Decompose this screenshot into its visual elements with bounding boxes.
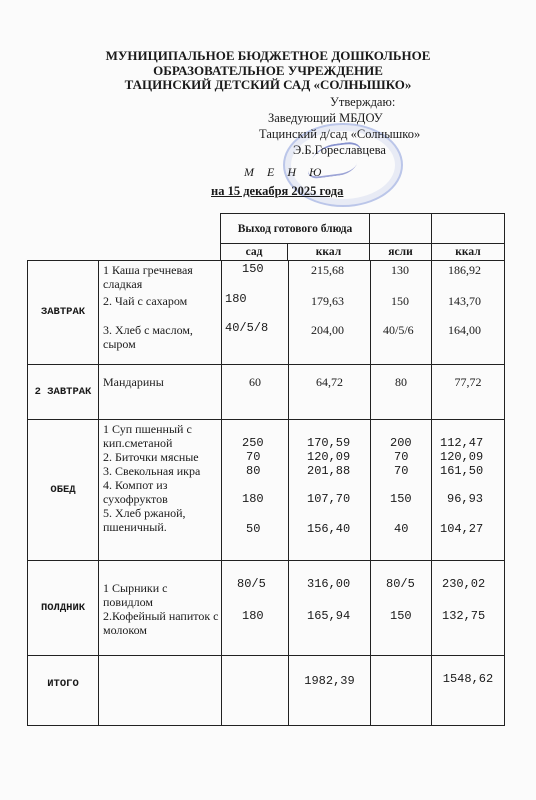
value-kcal-yasli: 96,93 bbox=[447, 492, 483, 506]
dish: 5. Хлеб ржаной, пшеничный. bbox=[103, 506, 213, 534]
value-kcal-yasli: 186,92 bbox=[448, 263, 481, 277]
table-row: ПОЛДНИК 1 Сырники с повидлом 2.Кофейный … bbox=[28, 561, 505, 656]
org-line-3: ТАЦИНСКИЙ ДЕТСКИЙ САД «СОЛНЫШКО» bbox=[0, 78, 536, 93]
value-yasli: 150 bbox=[390, 609, 412, 623]
value-kcal-sad: 170,59 bbox=[307, 436, 350, 450]
total-empty bbox=[371, 656, 432, 726]
value-kcal-yasli: 230,02 bbox=[442, 577, 485, 591]
value-sad: 180 bbox=[242, 609, 264, 623]
value-kcal-yasli: 161,50 bbox=[440, 464, 483, 478]
value-kcal-yasli: 77,72 bbox=[432, 365, 505, 420]
value-kcal-sad: 64,72 bbox=[289, 365, 371, 420]
meal-lunch: ОБЕД bbox=[28, 420, 99, 561]
table-header: Выход готового блюда сад ккал ясли ккал bbox=[220, 213, 505, 261]
dish: 4. Компот из сухофруктов bbox=[103, 478, 213, 506]
value-kcal-sad: 204,00 bbox=[311, 323, 344, 337]
dish: 1 Сырники с повидлом bbox=[103, 581, 203, 609]
dish: 3. Свекольная икра bbox=[103, 464, 221, 478]
approve-line-3: Тацинский д/сад «Солнышко» bbox=[259, 127, 420, 141]
value-yasli: 130 bbox=[391, 263, 409, 277]
meal-label: 2 ЗАВТРАК bbox=[33, 386, 93, 399]
organization-title: МУНИЦИПАЛЬНОЕ БЮДЖЕТНОЕ ДОШКОЛЬНОЕ ОБРАЗ… bbox=[0, 49, 536, 93]
dish: Мандарины bbox=[99, 365, 222, 420]
value-kcal-sad: 316,00 bbox=[307, 577, 350, 591]
menu-table: ЗАВТРАК 1 Каша гречневая сладкая 2. Чай … bbox=[27, 260, 505, 726]
value-kcal-yasli: 112,47 bbox=[440, 436, 483, 450]
total-label: ИТОГО bbox=[28, 656, 99, 726]
value-yasli: 70 bbox=[394, 464, 408, 478]
value-yasli: 200 bbox=[390, 436, 412, 450]
total-kcal-sad: 1982,39 bbox=[289, 656, 371, 726]
menu-heading: М Е Н Ю bbox=[244, 165, 326, 180]
meal-breakfast: ЗАВТРАК bbox=[28, 261, 99, 365]
value-yasli: 70 bbox=[394, 450, 408, 464]
value-kcal-yasli: 120,09 bbox=[440, 450, 483, 464]
value-yasli: 150 bbox=[391, 294, 409, 308]
value-kcal-sad: 165,94 bbox=[307, 609, 350, 623]
dish: 2.Кофейный напиток с молоком bbox=[103, 609, 221, 637]
value-kcal-yasli: 143,70 bbox=[448, 294, 481, 308]
table-row: 2 ЗАВТРАК Мандарины 60 64,72 80 77,72 bbox=[28, 365, 505, 420]
value-kcal-sad: 107,70 bbox=[307, 492, 350, 506]
menu-date: на 15 декабря 2025 года bbox=[211, 184, 343, 199]
value-sad: 40/5/8 bbox=[225, 321, 268, 335]
org-line-2: ОБРАЗОВАТЕЛЬНОЕ УЧРЕЖДЕНИЕ bbox=[0, 64, 536, 79]
table-row: ЗАВТРАК 1 Каша гречневая сладкая 2. Чай … bbox=[28, 261, 505, 365]
dish: 1 Суп пшенный с кип.сметаной bbox=[103, 422, 219, 450]
approve-line-4: Э.Б.Гореславцева bbox=[293, 143, 386, 157]
value-kcal-yasli: 164,00 bbox=[448, 323, 481, 337]
value-yasli: 150 bbox=[390, 492, 412, 506]
value-kcal-sad: 156,40 bbox=[307, 522, 350, 536]
dish: 2. Чай с сахаром bbox=[103, 294, 187, 308]
value-kcal-sad: 215,68 bbox=[311, 263, 344, 277]
total-row: ИТОГО 1982,39 1548,62 bbox=[28, 656, 505, 726]
value-kcal-yasli: 104,27 bbox=[440, 522, 483, 536]
value-sad: 80/5 bbox=[237, 577, 266, 591]
value-yasli: 80 bbox=[371, 365, 432, 420]
approve-line-1: Утверждаю: bbox=[330, 95, 395, 109]
col-kcal-yasli: ккал bbox=[432, 244, 505, 261]
value-kcal-sad: 120,09 bbox=[307, 450, 350, 464]
value-sad: 50 bbox=[246, 522, 260, 536]
org-line-1: МУНИЦИПАЛЬНОЕ БЮДЖЕТНОЕ ДОШКОЛЬНОЕ bbox=[0, 49, 536, 64]
value-sad: 180 bbox=[242, 492, 264, 506]
header-empty-1 bbox=[370, 214, 432, 244]
value-yasli: 80/5 bbox=[386, 577, 415, 591]
total-empty bbox=[222, 656, 289, 726]
total-kcal-yasli: 1548,62 bbox=[432, 656, 505, 726]
value-kcal-yasli: 132,75 bbox=[442, 609, 485, 623]
value-sad: 60 bbox=[222, 365, 289, 420]
approve-line-2: Заведующий МБДОУ bbox=[268, 111, 383, 125]
dish: 2. Биточки мясные bbox=[103, 450, 221, 464]
value-sad: 70 bbox=[246, 450, 260, 464]
value-sad: 180 bbox=[225, 292, 247, 306]
header-group: Выход готового блюда bbox=[221, 214, 370, 244]
value-kcal-sad: 179,63 bbox=[311, 294, 344, 308]
meal-second-breakfast: 2 ЗАВТРАК bbox=[28, 365, 99, 420]
table-row: ОБЕД 1 Суп пшенный с кип.сметаной 2. Бит… bbox=[28, 420, 505, 561]
meal-afternoon-snack: ПОЛДНИК bbox=[28, 561, 99, 656]
value-sad: 150 bbox=[242, 262, 264, 276]
col-sad: сад bbox=[221, 244, 288, 261]
total-empty bbox=[99, 656, 222, 726]
header-empty-2 bbox=[432, 214, 505, 244]
col-yasli: ясли bbox=[370, 244, 432, 261]
value-yasli: 40/5/6 bbox=[383, 323, 414, 337]
dish: 1 Каша гречневая сладкая bbox=[103, 263, 221, 291]
value-kcal-sad: 201,88 bbox=[307, 464, 350, 478]
col-kcal-sad: ккал bbox=[288, 244, 370, 261]
value-sad: 250 bbox=[242, 436, 264, 450]
value-yasli: 40 bbox=[394, 522, 408, 536]
value-sad: 80 bbox=[246, 464, 260, 478]
dish: 3. Хлеб с маслом, сыром bbox=[103, 323, 221, 351]
